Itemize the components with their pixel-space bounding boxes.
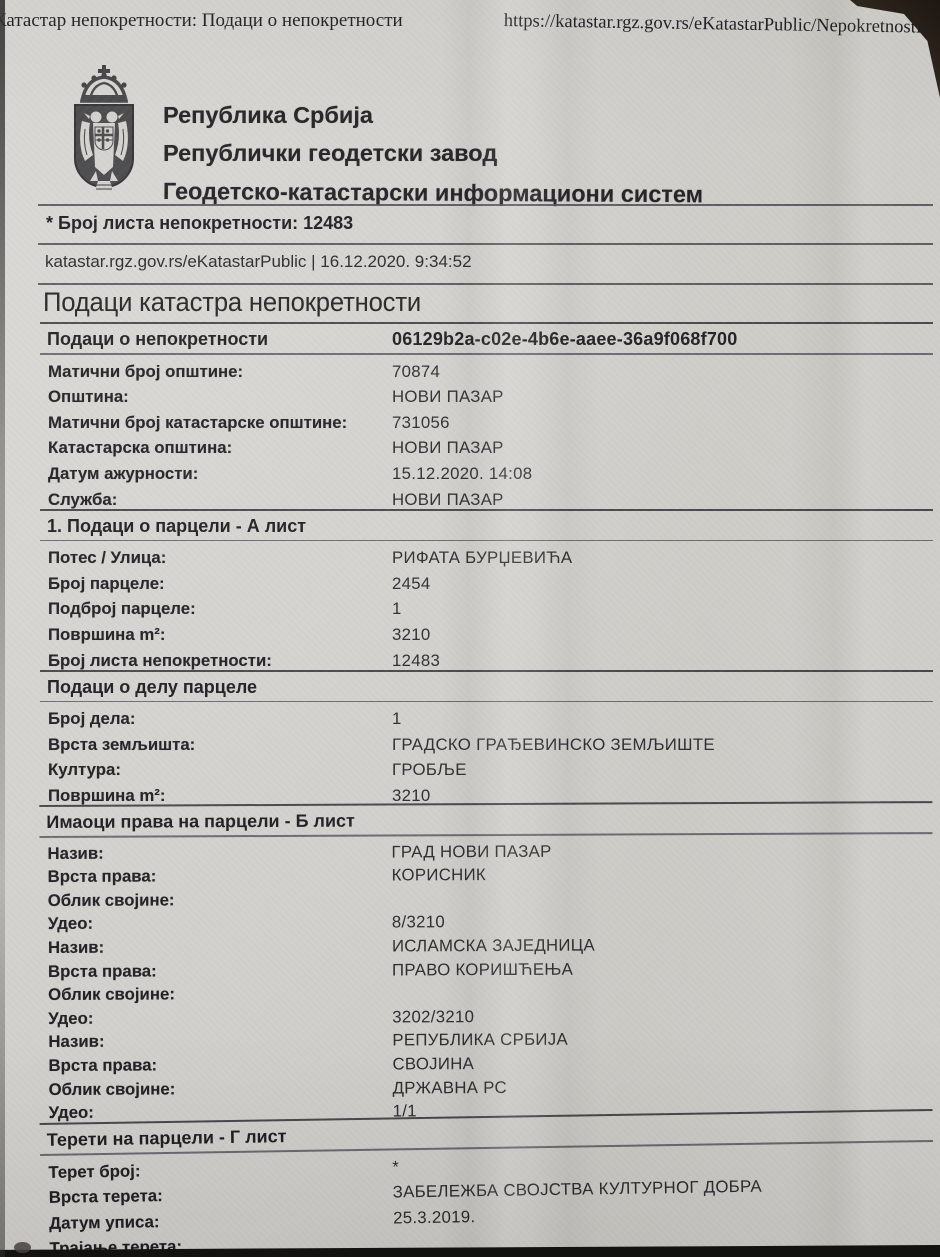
field-value: [392, 885, 933, 911]
field-label: Облик својине:: [48, 982, 392, 1007]
field-value: РИФАТА БУРЏЕВИЋА: [392, 545, 933, 571]
field-row: Број парцеле:2454: [40, 571, 933, 597]
browser-print-url: https://katastar.rgz.gov.rs/eKatastarPub…: [504, 11, 940, 40]
field-value: 731056: [392, 410, 933, 436]
field-value: ГРАД НОВИ ПАЗАР: [391, 838, 932, 864]
cadastre-sections: Подаци о непокретности06129b2a-c02e-4b6e…: [40, 322, 933, 1257]
section-rule: [40, 540, 933, 542]
field-row: Општина:НОВИ ПАЗАР: [40, 384, 933, 410]
section-title-value: [391, 805, 932, 833]
section-title: Подаци о делу парцеле: [47, 674, 392, 700]
field-label: Општина:: [48, 384, 392, 410]
letterhead-line-country: Република Србија: [163, 96, 703, 134]
field-value: [392, 979, 933, 1005]
page-title: Подаци катастра непокретности: [43, 287, 421, 318]
field-label: Удео:: [48, 911, 392, 936]
field-value: 2454: [392, 571, 933, 597]
field-label: Матични број катастарске општине:: [48, 410, 392, 436]
section-title: 1. Подаци о парцели - А лист: [47, 513, 392, 539]
field-value: КОРИСНИК: [392, 861, 933, 887]
field-label: Подброј парцеле:: [48, 596, 392, 622]
field-row: Матични број општине:70874: [40, 359, 933, 385]
serbia-coat-of-arms-icon: [60, 63, 148, 207]
field-label: Површина m²:: [48, 783, 392, 805]
section-header: 1. Подаци о парцели - А лист: [40, 513, 933, 539]
divider: [38, 204, 933, 206]
section-header: Подаци о непокретности06129b2a-c02e-4b6e…: [40, 326, 933, 352]
field-label: Врста права:: [48, 864, 392, 889]
photo-corner-mark: [14, 1242, 31, 1253]
letterhead-line-system: Геодетско-катастарски информациони систе…: [163, 172, 703, 213]
section-title-value: [392, 513, 933, 539]
field-label: Површина m²:: [48, 622, 392, 648]
field-value: ДРЖАВНА РС: [392, 1074, 933, 1100]
field-value: ГРОБЉЕ: [392, 757, 933, 783]
field-row: Површина m²:3210: [40, 622, 933, 648]
field-value: НОВИ ПАЗАР: [392, 384, 933, 410]
field-label: Катастарска општина:: [48, 435, 392, 461]
section-rule: [40, 701, 933, 703]
field-row: Подброј парцеле:1: [40, 596, 933, 622]
field-row: Катастарска општина:НОВИ ПАЗАР: [40, 435, 933, 461]
section-header: Подаци о делу парцеле: [40, 674, 933, 700]
letterhead: Република Србија Републички геодетски за…: [163, 96, 703, 210]
field-value: 70874: [392, 359, 933, 385]
divider: [38, 243, 933, 245]
field-row: Матични број катастарске општине:731056: [40, 410, 933, 436]
browser-print-title: Катастар непокретности: Подаци о непокре…: [0, 10, 403, 32]
field-row: Број листа непокретности:12483: [40, 648, 933, 670]
field-label: Назив:: [47, 840, 391, 865]
field-row: Служба:НОВИ ПАЗАР: [40, 487, 933, 509]
field-value: НОВИ ПАЗАР: [392, 487, 933, 509]
field-value: 15.12.2020. 14:08: [392, 461, 933, 487]
field-row: Датум ажурности:15.12.2020. 14:08: [40, 461, 933, 487]
section-rule: [40, 353, 933, 355]
field-label: Удео:: [48, 1005, 392, 1030]
cadastre-section: Имаоци права на парцели - Б листНазив:ГР…: [39, 801, 933, 1123]
photo-left-edge: [0, 0, 5, 1257]
field-value: НОВИ ПАЗАР: [392, 435, 933, 461]
section-title: Имаоци права на парцели - Б лист: [46, 807, 391, 835]
divider: [38, 283, 933, 285]
cadastre-section: 1. Подаци о парцели - А листПотес / Улиц…: [40, 509, 933, 670]
section-title: Подаци о непокретности: [47, 326, 392, 352]
field-value: 8/3210: [392, 908, 933, 934]
field-label: Врста права:: [48, 1052, 392, 1077]
field-value: 1: [392, 706, 933, 732]
cadastre-section: Терети на парцели - Г листТерет број:*Вр…: [40, 1109, 935, 1257]
field-value: 1: [392, 596, 933, 622]
letterhead-line-institute: Републички геодетски завод: [163, 134, 703, 172]
sheet-number-line: * Број листа непокретности: 12483: [46, 213, 353, 234]
cadastre-section: Подаци о непокретности06129b2a-c02e-4b6e…: [40, 322, 933, 509]
field-label: Назив:: [48, 1029, 392, 1054]
field-label: Култура:: [48, 757, 392, 783]
section-title: Терети на парцели - Г лист: [47, 1122, 392, 1153]
section-title-value: [392, 674, 933, 700]
field-value: РЕПУБЛИКА СРБИЈА: [392, 1026, 933, 1052]
cadastre-section: Подаци о делу парцелеБрој дела:1Врста зе…: [40, 670, 933, 805]
field-label: Број парцеле:: [48, 571, 392, 597]
field-label: Служба:: [48, 487, 392, 509]
field-row: Потес / Улица:РИФАТА БУРЏЕВИЋА: [40, 545, 933, 571]
section-title-value: 06129b2a-c02e-4b6e-aaee-36a9f068f700: [392, 326, 933, 352]
field-label: Број дела:: [48, 706, 392, 732]
field-label: Потес / Улица:: [48, 545, 392, 571]
document-photo: Катастар непокретности: Подаци о непокре…: [0, 0, 940, 1257]
field-value: ИСЛАМСКА ЗАЈЕДНИЦА: [392, 932, 933, 958]
field-label: Врста права:: [48, 958, 392, 983]
field-label: Врста земљишта:: [48, 732, 392, 758]
field-row: Култура:ГРОБЉЕ: [40, 757, 933, 783]
section-header: Имаоци права на парцели - Б лист: [39, 805, 932, 835]
field-label: Датум ажурности:: [48, 461, 392, 487]
field-label: Облик својине:: [48, 887, 392, 912]
field-value: 12483: [392, 648, 933, 670]
field-value: 3202/3210: [392, 1003, 933, 1029]
field-value: ГРАДСКО ГРАЂЕВИНСКО ЗЕМЉИШТЕ: [392, 732, 933, 758]
field-label: Облик својине:: [48, 1076, 392, 1101]
field-row: Врста земљишта:ГРАДСКО ГРАЂЕВИНСКО ЗЕМЉИ…: [40, 732, 933, 758]
field-label: Матични број општине:: [48, 359, 392, 385]
field-value: 3210: [392, 622, 933, 648]
source-timestamp-line: katastar.rgz.gov.rs/eKatastarPublic | 16…: [45, 252, 472, 272]
field-label: Број листа непокретности:: [48, 648, 392, 670]
field-row: Број дела:1: [40, 706, 933, 732]
photo-corner-shadow: [850, 0, 940, 100]
field-value: ПРАВО КОРИШЋЕЊА: [392, 956, 933, 982]
field-value: СВОЈИНА: [392, 1050, 933, 1076]
field-label: Назив:: [48, 934, 392, 959]
